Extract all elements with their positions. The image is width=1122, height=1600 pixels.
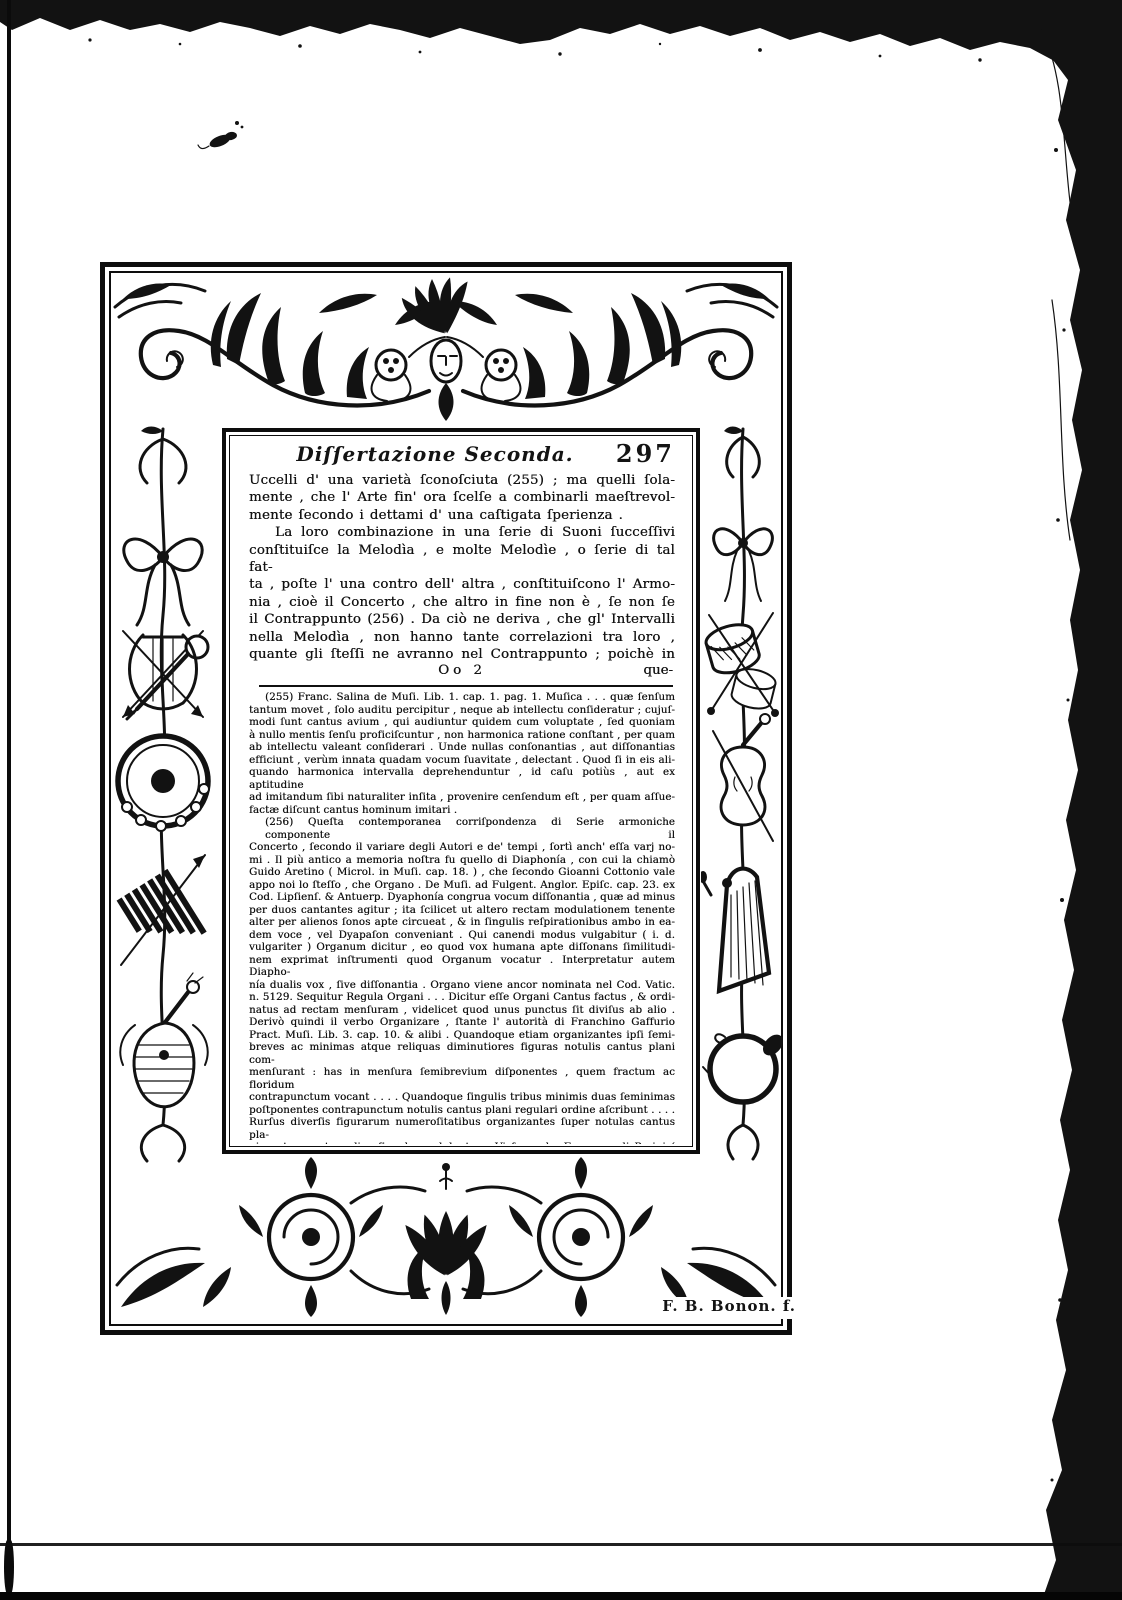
top-center-bud — [440, 1163, 452, 1189]
footnote-line: nem exprimat inſtrumenti quod Organum vo… — [249, 954, 675, 979]
footnote-line: poſtponentes contrapunctum notulis cantu… — [249, 1104, 675, 1117]
foliage-bottom — [728, 1125, 758, 1159]
text-line: nia , cioè il Concerto , che altro in fi… — [249, 594, 675, 611]
text-line: quante gli ſteſſi ne avranno nel Contrap… — [249, 646, 675, 663]
page-header: Diſſertazione Seconda. 297 — [249, 442, 675, 472]
scanner-edge-bottom — [0, 1592, 1122, 1600]
left-instrument-trophy-ornament — [107, 425, 219, 1165]
footnote-line: factæ diſcunt cantus hominum imitari . — [249, 804, 675, 817]
tambourine-icon — [118, 736, 209, 831]
footnote-line: mi . Il più antico a memoria noſtra fu q… — [249, 854, 675, 867]
footnote-line: n. 5129. Sequitur Regula Organi . . . Di… — [249, 991, 675, 1004]
signature-mark: Oo 2 — [249, 663, 675, 678]
text-panel-content: Diſſertazione Seconda. 297 Uccelli d' un… — [232, 438, 690, 1144]
text-line: ta , poſte l' una contro dell' altra , c… — [249, 576, 675, 593]
footnote-line: Rurſus diverſis figurarum numeroſitatibu… — [249, 1116, 675, 1141]
footnote-line: nía dualis vox , ſive diſſonantia . Orga… — [249, 979, 675, 992]
text-line: Uccelli d' una varietà ſconoſciuta (255)… — [249, 472, 675, 489]
footnote-256: (256) Queſta contemporanea corriſpondenz… — [249, 816, 675, 1144]
footnote-rule — [259, 685, 673, 687]
footnote-line: tantum movet , ſolo auditu percipitur , … — [249, 704, 675, 717]
footnote-line: breves ac minimas atque reliquas diminut… — [249, 1041, 675, 1066]
drum-icon — [703, 613, 779, 717]
engraved-border-frame: Diſſertazione Seconda. 297 Uccelli d' un… — [100, 262, 792, 1335]
scanner-gutter-blob — [4, 1540, 14, 1594]
foliage-bottom — [141, 1125, 184, 1161]
footnote-line: Pract. Muſi. Lib. 3. cap. 10. & alibi . … — [249, 1029, 675, 1042]
footnote-line: (256) Queſta contemporanea corriſpondenz… — [249, 816, 675, 841]
hunting-horn-icon — [703, 1031, 785, 1102]
footnote-line: ab intellectu valeant conſiderari . Unde… — [249, 741, 675, 754]
footnote-line: appo noi lo ſteſſo , che Organo . De Muſ… — [249, 879, 675, 892]
footnote-line: per duos cantantes agitur ; ita ſcilicet… — [249, 904, 675, 917]
scanner-edge-right — [1012, 0, 1122, 1600]
scan-fold-line — [0, 1543, 1122, 1546]
footnote-line: natus ad rectam menſuram , videlicet quo… — [249, 1004, 675, 1017]
panpipes-icon — [117, 869, 207, 964]
footnote-line: efficiunt , verùm innata quadam vocum ſu… — [249, 754, 675, 767]
scanner-gutter-line — [7, 0, 11, 1596]
text-line: nella Melodìa , non hanno tante correlaz… — [249, 629, 675, 646]
footnote-line: contrapunctum vocant . . . . Quandoque ſ… — [249, 1091, 675, 1104]
text-line: il Contrappunto (256) . Da ciò ne deriva… — [249, 611, 675, 628]
footnote-line: à nullo mentis ſenſu proficiſcuntur , no… — [249, 729, 675, 742]
headpiece-ornament — [109, 273, 783, 423]
catchword: que- — [643, 663, 673, 678]
footnote-line: quando harmonica intervalla deprehendunt… — [249, 766, 675, 791]
footnote-line: dem voce , vel Dyapaſon conveniant . Qui… — [249, 929, 675, 942]
catchword-row: Oo 2 que- — [249, 663, 675, 680]
text-line: mente ſecondo i dettami d' una caſtigata… — [249, 507, 675, 524]
text-line: La loro combinazione in una ſerie di Suo… — [249, 524, 675, 541]
footnote-255: (255) Franc. Salina de Muſi. Lib. 1. cap… — [249, 691, 675, 816]
text-line: mente , che l' Arte fin' ora ſcelſe a co… — [249, 489, 675, 506]
engraver-signature: F. B. Bonon. f. — [628, 1297, 800, 1319]
footnote-line: Derivò quindi il verbo Organizare , ſtan… — [249, 1016, 675, 1029]
footnote-line: modi ſunt cantus avium , qui audiuntur q… — [249, 716, 675, 729]
footnote-line: menſurant : has in menſura ſemibrevium d… — [249, 1066, 675, 1091]
book-page-scan: Diſſertazione Seconda. 297 Uccelli d' un… — [0, 0, 1122, 1600]
footnote-line: vulgariter ) Organum dicitur , eo quod v… — [249, 941, 675, 954]
footnote-line: Concerto , ſecondo il variare degli Auto… — [249, 841, 675, 854]
footnote-line: Cod. Lipſienſ. & Antuerp. Dyaphonía cong… — [249, 891, 675, 904]
footnote-line: Guido Aretino ( Microl. in Muſi. cap. 18… — [249, 866, 675, 879]
footnote-line: ad imitandum ſibi naturaliter inſita , p… — [249, 791, 675, 804]
ink-blot — [192, 112, 258, 158]
footnote-line: (255) Franc. Salina de Muſi. Lib. 1. cap… — [249, 691, 675, 704]
section-title: Diſſertazione Seconda. — [249, 442, 675, 466]
text-line: conſtituiſce la Melodìa , e molte Melodì… — [249, 542, 675, 577]
body-text: Uccelli d' una varietà ſconoſciuta (255)… — [249, 472, 675, 680]
harp-icon — [701, 869, 769, 991]
footnote-line: ni contrapunctum diverſimode modulantur … — [249, 1141, 675, 1144]
page-number: 297 — [616, 439, 675, 468]
right-instrument-trophy-ornament — [701, 425, 785, 1165]
footnote-line: alter per alienos ſonos apte circueat , … — [249, 916, 675, 929]
text-panel: Diſſertazione Seconda. 297 Uccelli d' un… — [222, 428, 700, 1154]
lute-icon — [120, 973, 207, 1107]
scanner-edge-top — [0, 0, 1122, 80]
